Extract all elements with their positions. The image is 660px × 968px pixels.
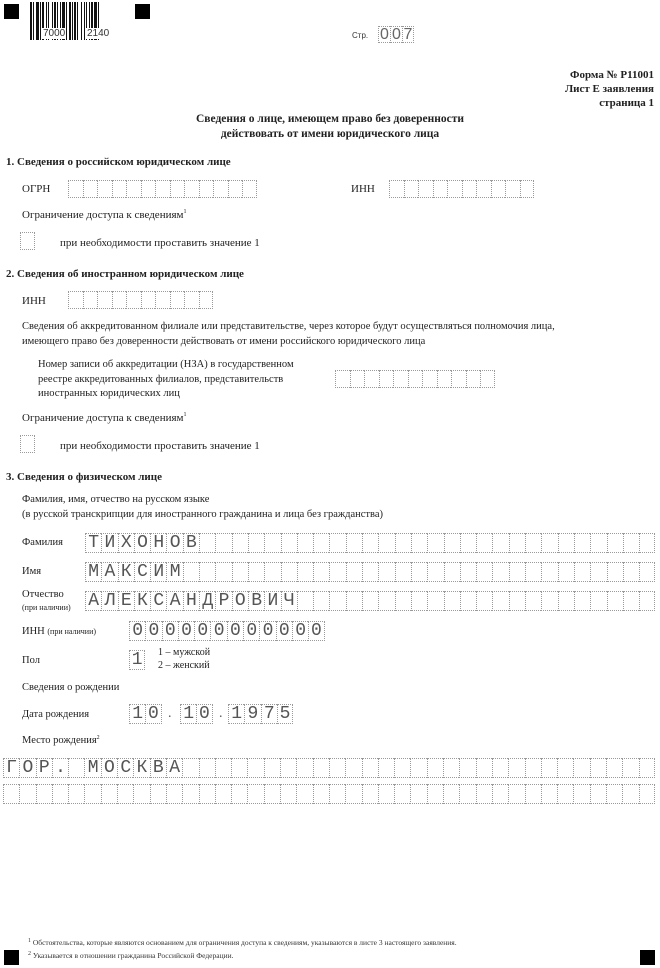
char-cell (476, 180, 491, 198)
char-cell (639, 533, 655, 553)
char-cell (541, 591, 557, 611)
char-cell (541, 758, 557, 778)
char-cell (19, 784, 35, 804)
char-cell (362, 758, 378, 778)
char-cell (460, 562, 476, 582)
char-cell (36, 784, 52, 804)
char-cell (378, 533, 394, 553)
date-separator: . (168, 706, 172, 722)
char-cell (313, 591, 329, 611)
char-cell: А (101, 562, 117, 582)
char-cell (541, 562, 557, 582)
char-cell (525, 758, 541, 778)
char-cell (329, 562, 345, 582)
char-cell (112, 180, 127, 198)
char-cell: 1 (180, 704, 196, 724)
section1-ogrn-field[interactable] (68, 180, 257, 198)
birth-day-field[interactable]: 10 (129, 704, 162, 724)
char-cell (639, 758, 655, 778)
section1-ogrn-label: ОГРН (22, 183, 50, 195)
char-cell (199, 562, 215, 582)
char-cell (410, 758, 426, 778)
section2-branch-info-line2: имеющего право без доверенности действов… (22, 336, 425, 347)
char-cell (126, 291, 141, 309)
char-cell: 7 (261, 704, 277, 724)
section2-nza-label-line2: реестре аккредитованных филиалов, предст… (38, 374, 283, 385)
char-cell (97, 291, 112, 309)
char-cell (509, 533, 525, 553)
char-cell: 0 (259, 621, 275, 641)
restriction-label-text: Ограничение доступа к сведениям (22, 412, 183, 424)
char-cell (427, 533, 443, 553)
birth-year-field[interactable]: 1975 (228, 704, 293, 724)
char-cell (248, 562, 264, 582)
char-cell (492, 784, 508, 804)
char-cell: 0 (210, 621, 226, 641)
char-cell: 0 (194, 621, 210, 641)
char-cell: С (150, 591, 166, 611)
char-cell: О (134, 533, 150, 553)
char-cell (346, 533, 362, 553)
char-cell (606, 784, 622, 804)
char-cell: 5 (277, 704, 293, 724)
char-cell (166, 784, 182, 804)
char-cell (199, 180, 214, 198)
char-cell (394, 784, 410, 804)
char-cell (199, 533, 215, 553)
char-cell (213, 180, 228, 198)
char-cell: К (118, 562, 134, 582)
footnote-2: 2 Указывается в отношении гражданина Рос… (28, 951, 234, 960)
char-cell: Р (215, 591, 231, 611)
char-cell (20, 435, 35, 453)
char-cell (248, 533, 264, 553)
footnote-ref: 2 (97, 735, 100, 741)
char-cell (215, 533, 231, 553)
char-cell (505, 180, 520, 198)
birth-month-field[interactable]: 10 (180, 704, 213, 724)
form-number: Форма № Р11001 (570, 69, 654, 81)
char-cell (350, 370, 365, 388)
char-cell (378, 562, 394, 582)
char-cell (422, 370, 437, 388)
char-cell (466, 370, 481, 388)
char-cell (444, 533, 460, 553)
char-cell (606, 758, 622, 778)
char-cell (509, 562, 525, 582)
char-cell: А (166, 758, 182, 778)
char-cell (476, 758, 492, 778)
corner-marker-top-right (135, 4, 150, 19)
birth-place-label: Место рождения2 (22, 735, 100, 746)
inn-sublabel: (при наличии) (47, 627, 96, 636)
char-cell (492, 758, 508, 778)
char-cell (264, 562, 280, 582)
char-cell (155, 180, 170, 198)
corner-marker-top-left (4, 4, 19, 19)
char-cell (264, 533, 280, 553)
char-cell: Ч (281, 591, 297, 611)
page-title-line1: Сведения о лице, имеющем право без довер… (0, 113, 660, 125)
section1-title: 1. Сведения о российском юридическом лиц… (6, 156, 231, 168)
birth-date-label: Дата рождения (22, 709, 89, 720)
section2-nza-label-line3: иностранных юридических лиц (38, 388, 180, 399)
char-cell (215, 758, 231, 778)
char-cell (346, 591, 362, 611)
char-cell (574, 591, 590, 611)
char-cell: О (166, 533, 182, 553)
patronymic-field[interactable]: АЛЕКСАНДРОВИЧ (85, 591, 655, 611)
char-cell (623, 562, 639, 582)
char-cell (492, 562, 508, 582)
char-cell: 0 (162, 621, 178, 641)
char-cell (329, 758, 345, 778)
char-cell: 1 (228, 704, 244, 724)
char-cell (182, 758, 198, 778)
char-cell (378, 591, 394, 611)
gender-field[interactable]: 1 (129, 650, 145, 670)
date-separator: . (219, 706, 223, 722)
char-cell (20, 232, 35, 250)
char-cell: 7 (402, 26, 414, 43)
section1-restriction-label: Ограничение доступа к сведениям1 (22, 209, 186, 221)
char-cell: Е (118, 591, 134, 611)
char-cell (590, 758, 606, 778)
section1-inn-field[interactable] (389, 180, 534, 198)
char-cell (607, 591, 623, 611)
section2-branch-info-line1: Сведения об аккредитованном филиале или … (22, 321, 555, 332)
char-cell (126, 180, 141, 198)
char-cell: 1 (129, 704, 145, 724)
char-cell (362, 533, 378, 553)
char-cell (607, 562, 623, 582)
patronymic-sublabel: (при наличии) (22, 603, 71, 612)
char-cell (150, 784, 166, 804)
char-cell (170, 180, 185, 198)
char-cell (462, 180, 477, 198)
char-cell (362, 784, 378, 804)
char-cell (133, 784, 149, 804)
name-field[interactable]: МАКСИМ (85, 562, 655, 582)
char-cell: И (264, 591, 280, 611)
char-cell (378, 758, 394, 778)
char-cell (313, 533, 329, 553)
char-cell (437, 370, 452, 388)
restriction-label-text: Ограничение доступа к сведениям (22, 209, 183, 221)
char-cell (364, 370, 379, 388)
surname-field[interactable]: ТИХОНОВ (85, 533, 655, 553)
char-cell (247, 784, 263, 804)
birth-place-field-line1[interactable]: ГОР.МОСКВА (3, 758, 655, 778)
char-cell (296, 758, 312, 778)
char-cell (491, 180, 506, 198)
char-cell: 0 (178, 621, 194, 641)
char-cell (297, 591, 313, 611)
char-cell (395, 533, 411, 553)
char-cell (411, 591, 427, 611)
char-cell (141, 180, 156, 198)
char-cell (443, 758, 459, 778)
char-cell (199, 784, 215, 804)
char-cell (281, 533, 297, 553)
char-cell: 1 (129, 650, 145, 670)
char-cell (84, 784, 100, 804)
char-cell (622, 758, 638, 778)
char-cell (410, 784, 426, 804)
char-cell (492, 533, 508, 553)
char-cell (574, 533, 590, 553)
char-cell (395, 591, 411, 611)
char-cell (379, 370, 394, 388)
char-cell (573, 784, 589, 804)
char-cell: М (84, 758, 100, 778)
char-cell: Г (3, 758, 19, 778)
char-cell (184, 291, 199, 309)
char-cell (433, 180, 448, 198)
corner-marker-bottom-right (640, 950, 655, 965)
barcode-number-left: 7000 (42, 28, 66, 39)
char-cell: М (166, 562, 182, 582)
gender-option-male: 1 – мужской (158, 647, 210, 658)
char-cell (329, 784, 345, 804)
char-cell: М (85, 562, 101, 582)
char-cell (492, 591, 508, 611)
char-cell: С (134, 562, 150, 582)
char-cell (52, 784, 68, 804)
char-cell (590, 784, 606, 804)
char-cell (335, 370, 350, 388)
char-cell: 0 (276, 621, 292, 641)
char-cell (112, 291, 127, 309)
char-cell (447, 180, 462, 198)
char-cell (508, 784, 524, 804)
char-cell (313, 562, 329, 582)
char-cell (264, 758, 280, 778)
char-cell (525, 533, 541, 553)
char-cell (313, 758, 329, 778)
char-cell (427, 591, 443, 611)
char-cell (525, 591, 541, 611)
char-cell (199, 758, 215, 778)
section2-inn-field[interactable] (68, 291, 213, 309)
char-cell: Н (150, 533, 166, 553)
footnote-ref: 1 (183, 412, 186, 418)
char-cell (232, 562, 248, 582)
char-cell: 0 (308, 621, 324, 641)
char-cell (247, 758, 263, 778)
char-cell (639, 591, 655, 611)
char-cell (411, 562, 427, 582)
char-cell (68, 784, 84, 804)
char-cell (3, 784, 19, 804)
char-cell (590, 533, 606, 553)
char-cell: В (248, 591, 264, 611)
page-label: Стр. (352, 31, 368, 40)
char-cell (281, 562, 297, 582)
inn-label: ИНН (при наличии) (22, 626, 96, 637)
char-cell: . (52, 758, 68, 778)
char-cell: Н (183, 591, 199, 611)
gender-option-female: 2 – женский (158, 660, 210, 671)
char-cell (362, 591, 378, 611)
section1-restriction-checkbox[interactable] (20, 232, 35, 250)
char-cell (215, 784, 231, 804)
char-cell (444, 562, 460, 582)
char-cell (525, 784, 541, 804)
char-cell (460, 591, 476, 611)
sheet-page-label: страница 1 (599, 97, 654, 109)
surname-label: Фамилия (22, 537, 63, 548)
char-cell (404, 180, 419, 198)
char-cell: 9 (244, 704, 260, 724)
char-cell (231, 758, 247, 778)
char-cell: О (232, 591, 248, 611)
char-cell (525, 562, 541, 582)
char-cell (182, 784, 198, 804)
char-cell (232, 533, 248, 553)
char-cell (184, 180, 199, 198)
char-cell (623, 533, 639, 553)
char-cell: А (166, 591, 182, 611)
char-cell: В (183, 533, 199, 553)
char-cell (378, 784, 394, 804)
inn-label-text: ИНН (22, 626, 45, 637)
char-cell (541, 533, 557, 553)
section1-inn-label: ИНН (351, 183, 375, 195)
char-cell: К (134, 591, 150, 611)
footnote-text: Обстоятельства, которые являются основан… (33, 938, 457, 947)
char-cell (346, 562, 362, 582)
char-cell (83, 291, 98, 309)
char-cell (345, 758, 361, 778)
char-cell (68, 291, 83, 309)
birth-info-label: Сведения о рождении (22, 682, 119, 693)
char-cell: К (133, 758, 149, 778)
footnote-1: 1 Обстоятельства, которые являются основ… (28, 938, 457, 947)
page-title-line2: действовать от имени юридического лица (0, 128, 660, 140)
char-cell (297, 562, 313, 582)
char-cell (443, 784, 459, 804)
char-cell (459, 784, 475, 804)
barcode-number-right: 2140 (86, 28, 110, 39)
char-cell (362, 562, 378, 582)
char-cell (639, 562, 655, 582)
char-cell (264, 784, 280, 804)
char-cell (170, 291, 185, 309)
char-cell: И (101, 533, 117, 553)
char-cell (541, 784, 557, 804)
char-cell (558, 591, 574, 611)
char-cell (393, 370, 408, 388)
char-cell: 0 (145, 621, 161, 641)
char-cell: С (117, 758, 133, 778)
char-cell (418, 180, 433, 198)
char-cell (83, 180, 98, 198)
char-cell (199, 291, 214, 309)
char-cell: 0 (243, 621, 259, 641)
char-cell (459, 758, 475, 778)
section3-fio-note-line2: (в русской транскрипции для иностранного… (22, 509, 383, 520)
char-cell (313, 784, 329, 804)
footnote-ref: 1 (183, 209, 186, 215)
char-cell (520, 180, 535, 198)
char-cell (183, 562, 199, 582)
section2-title: 2. Сведения об иностранном юридическом л… (6, 268, 244, 280)
birth-place-label-text: Место рождения (22, 735, 97, 746)
char-cell (508, 758, 524, 778)
char-cell (622, 784, 638, 804)
char-cell (557, 758, 573, 778)
char-cell: 0 (378, 26, 390, 43)
char-cell (427, 758, 443, 778)
char-cell (623, 591, 639, 611)
char-cell: Т (85, 533, 101, 553)
char-cell (242, 180, 257, 198)
char-cell (607, 533, 623, 553)
gender-label: Пол (22, 655, 40, 666)
char-cell (480, 370, 495, 388)
char-cell: Р (36, 758, 52, 778)
char-cell: О (19, 758, 35, 778)
char-cell (427, 784, 443, 804)
footnote-text: Указывается в отношении гражданина Росси… (33, 951, 234, 960)
section1-restriction-hint: при необходимости проставить значение 1 (60, 237, 260, 249)
section3-fio-note-line1: Фамилия, имя, отчество на русском языке (22, 494, 209, 505)
footnote-number: 1 (28, 938, 31, 944)
section2-restriction-checkbox[interactable] (20, 435, 35, 453)
char-cell: 0 (227, 621, 243, 641)
char-cell (557, 784, 573, 804)
corner-marker-bottom-left (4, 950, 19, 965)
char-cell (411, 533, 427, 553)
char-cell (296, 784, 312, 804)
char-cell: Х (118, 533, 134, 553)
char-cell (228, 180, 243, 198)
name-label: Имя (22, 566, 41, 577)
section2-restriction-hint: при необходимости проставить значение 1 (60, 440, 260, 452)
char-cell (427, 562, 443, 582)
char-cell (509, 591, 525, 611)
char-cell (117, 784, 133, 804)
char-cell (231, 784, 247, 804)
char-cell (155, 291, 170, 309)
char-cell (97, 180, 112, 198)
char-cell (394, 758, 410, 778)
person-inn-field[interactable]: 000000000000 (129, 621, 325, 641)
char-cell (476, 533, 492, 553)
page-number-field[interactable]: 007 (378, 26, 414, 43)
section3-title: 3. Сведения о физическом лице (6, 471, 162, 483)
char-cell (558, 562, 574, 582)
char-cell (639, 784, 655, 804)
char-cell: И (150, 562, 166, 582)
char-cell (101, 784, 117, 804)
char-cell: О (101, 758, 117, 778)
char-cell (476, 591, 492, 611)
char-cell: 0 (145, 704, 161, 724)
section2-nza-label-line1: Номер записи об аккредитации (НЗА) в гос… (38, 359, 294, 370)
char-cell: Д (199, 591, 215, 611)
char-cell: 0 (390, 26, 402, 43)
patronymic-label: Отчество (22, 589, 64, 600)
char-cell (280, 758, 296, 778)
section2-nza-field[interactable] (335, 370, 495, 388)
char-cell (389, 180, 404, 198)
birth-place-field-line2[interactable] (3, 784, 655, 804)
char-cell (451, 370, 466, 388)
char-cell (558, 533, 574, 553)
char-cell: Л (101, 591, 117, 611)
